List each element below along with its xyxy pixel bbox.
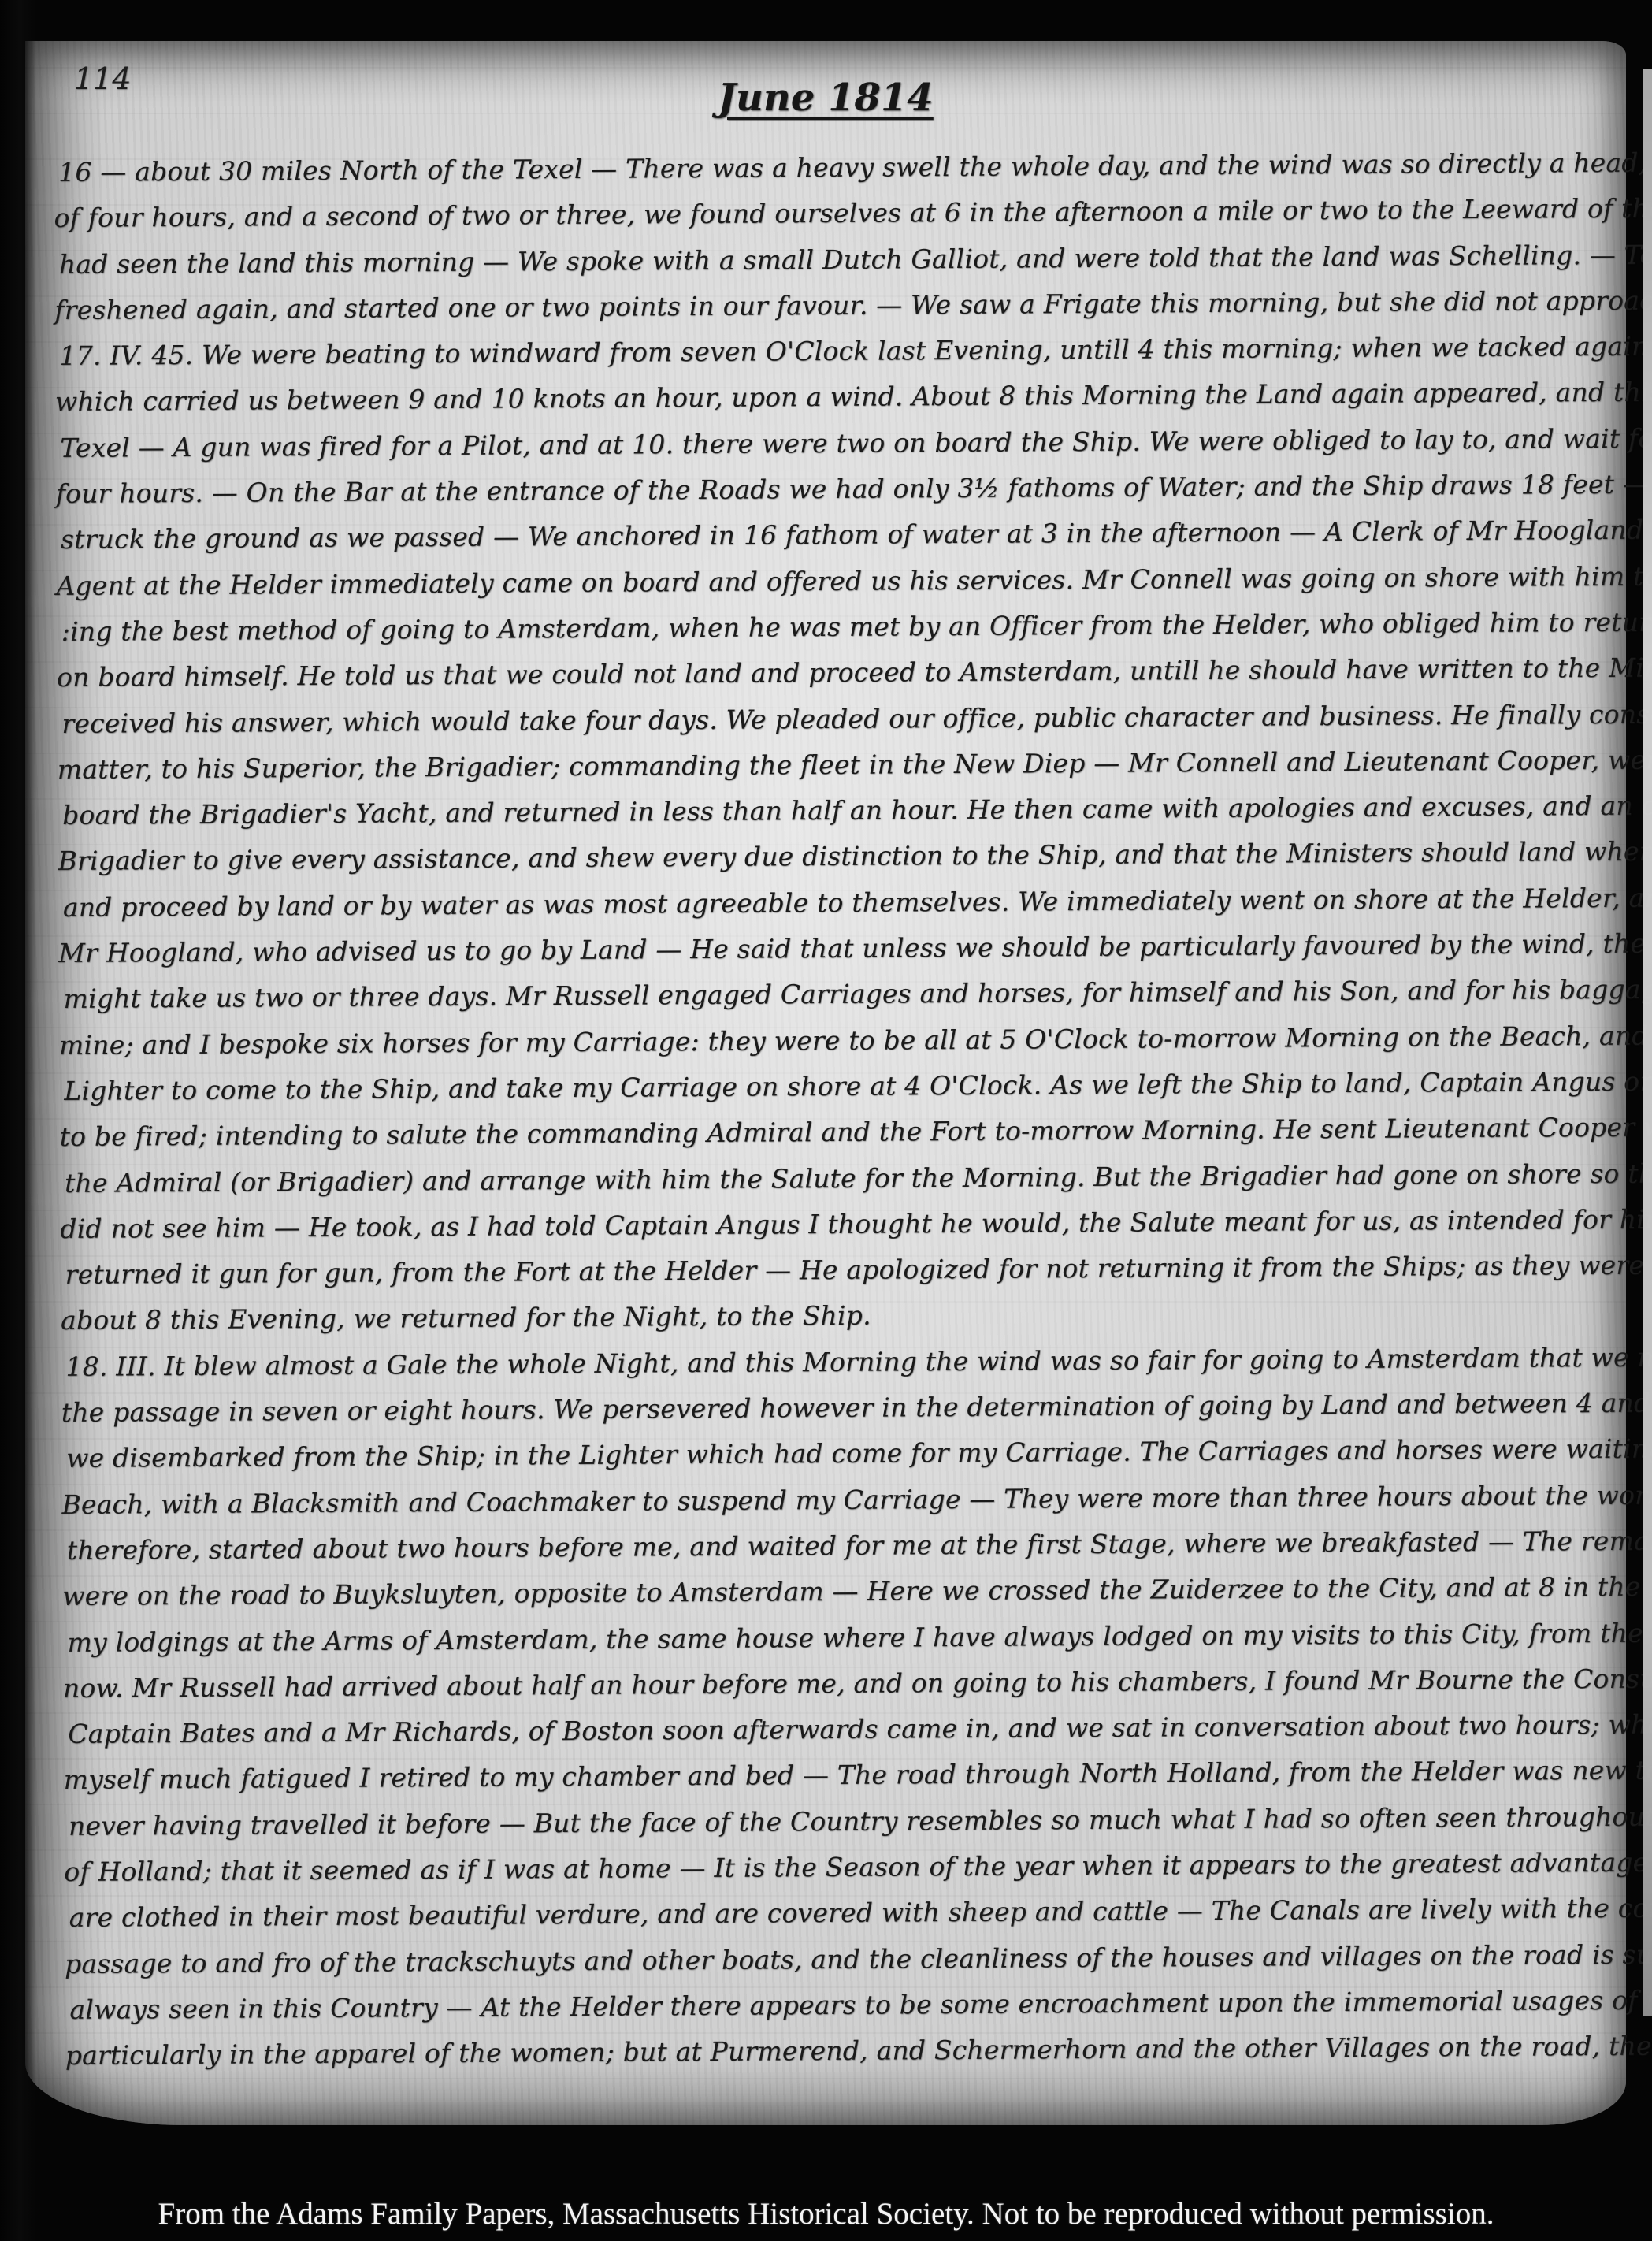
manuscript-line: particularly in the apparel of the women… (65, 2024, 1627, 2079)
page-heading: June 1814 (25, 76, 1626, 120)
book-spine-shadow (0, 0, 36, 2241)
credit-line: From the Adams Family Papers, Massachuse… (0, 2196, 1652, 2232)
scanned-page: 114 June 1814 16 — about 30 miles North … (0, 0, 1652, 2241)
manuscript-text: 16 — about 30 miles North of the Texel —… (54, 140, 1627, 2079)
manuscript-page: 114 June 1814 16 — about 30 miles North … (25, 41, 1626, 2125)
adjacent-page-edge (1643, 69, 1652, 2016)
